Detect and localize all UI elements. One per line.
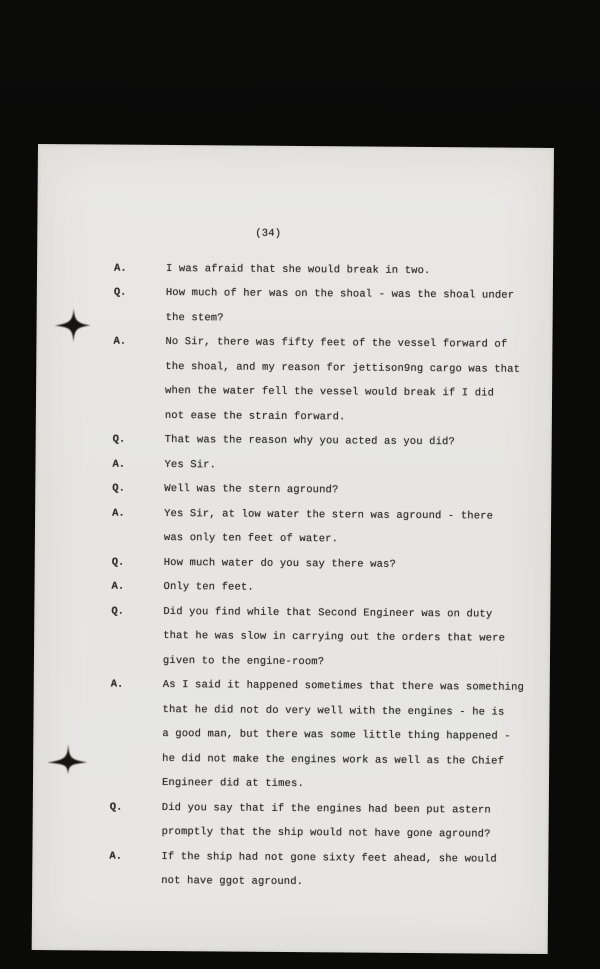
transcript-line: If the ship had not gone sixty feet ahea… [161,844,548,872]
speaker-marker: A. [110,673,163,796]
answer-text: If the ship had not gone sixty feet ahea… [161,844,548,896]
transcript-line: he did not make the engines work as well… [162,746,549,774]
answer-text: Yes Sir, at low water the stern was agro… [164,501,551,553]
transcript-line: Yes Sir, at low water the stern was agro… [164,501,551,529]
speaker-marker: Q. [110,795,162,844]
qa-transcript: A.I was afraid that she would break in t… [32,255,553,896]
transcript-line: not ease the strain forward. [165,403,552,431]
transcript-line: when the water fell the vessel would bre… [165,379,552,407]
transcript-line: Engineer did at times. [162,771,549,799]
transcript-line: Yes Sir. [164,452,551,480]
transcript-line: the stem? [166,305,553,333]
transcript-line: As I said it happened sometimes that the… [163,673,550,701]
transcript-line: promptly that the ship would not have go… [162,820,549,848]
answer-text: No Sir, there was fifty feet of the vess… [165,330,553,431]
speaker-marker: A. [111,575,163,600]
speaker-marker: Q. [113,428,165,453]
qa-row: Q.Did you find while that Second Enginee… [34,598,551,676]
question-text: That was the reason why you acted as you… [165,428,552,456]
transcript-line: Only ten feet. [163,575,550,603]
transcript-line: That was the reason why you acted as you… [165,428,552,456]
transcript-line: that he was slow in carrying out the ord… [163,624,550,652]
answer-text: As I said it happened sometimes that the… [162,673,550,799]
transcript-line: the shoal, and my reason for jettison9ng… [165,354,552,382]
speaker-marker: Q. [114,281,166,330]
question-text: How much of her was on the shoal - was t… [166,281,553,333]
qa-row: Q.How much of her was on the shoal - was… [37,280,553,333]
transcript-line: not have ggot aground. [161,869,548,897]
ink-blot-star-icon [54,308,90,342]
transcript-line: No Sir, there was fifty feet of the vess… [165,330,552,358]
answer-text: I was afraid that she would break in two… [166,256,553,284]
qa-row: A.If the ship had not gone sixty feet ah… [32,843,548,896]
question-text: Did you find while that Second Engineer … [163,599,551,676]
transcript-line: a good man, but there was some little th… [162,722,549,750]
transcript-line: that he did not do very well with the en… [162,697,549,725]
speaker-marker: A. [114,256,166,281]
transcript-line: given to the engine-room? [163,648,550,676]
speaker-marker: Q. [112,477,164,502]
speaker-marker: A. [109,844,161,893]
ink-blot-star-icon [47,744,87,774]
speaker-marker: A. [113,330,166,428]
transcript-line: I was afraid that she would break in two… [166,256,553,284]
transcript-line: Well was the stern aground? [164,477,551,505]
question-text: How much water do you say there was? [164,550,551,578]
qa-row: A.As I said it happened sometimes that t… [33,672,550,799]
transcript-line: was only ten feet of water. [164,526,551,554]
page-number: (34) [255,222,553,249]
answer-text: Yes Sir. [164,452,551,480]
speaker-marker: A. [112,452,164,477]
speaker-marker: Q. [111,599,164,673]
transcript-line: How much of her was on the shoal - was t… [166,281,553,309]
transcript-line: How much water do you say there was? [164,550,551,578]
qa-row: A.No Sir, there was fifty feet of the ve… [36,329,553,431]
answer-text: Only ten feet. [163,575,550,603]
transcript-line: Did you say that if the engines had been… [162,795,549,823]
document-page: (34) A.I was afraid that she would break… [32,144,554,954]
transcript-line: Did you find while that Second Engineer … [163,599,550,627]
speaker-marker: Q. [112,550,164,575]
question-text: Did you say that if the engines had been… [162,795,549,847]
qa-row: Q.Did you say that if the engines had be… [33,794,549,847]
qa-row: A.Yes Sir, at low water the stern was ag… [35,500,551,553]
question-text: Well was the stern aground? [164,477,551,505]
speaker-marker: A. [112,501,164,550]
scanned-photo-background: (34) A.I was afraid that she would break… [0,0,600,969]
